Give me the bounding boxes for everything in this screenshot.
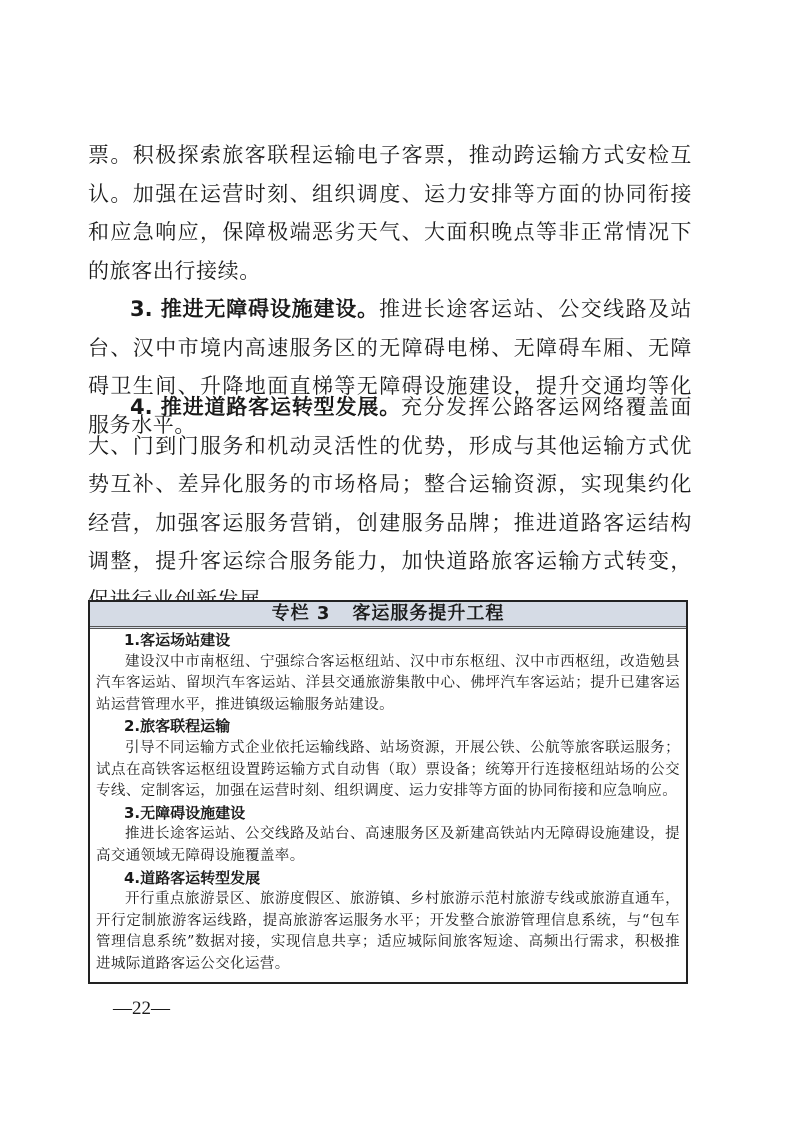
section-text: 推进长途客运站、公交线路及站台、高速服务区及新建高铁站内无障碍设施建设，提高交通…: [96, 824, 680, 867]
section-title: 2.旅客联程运输: [96, 716, 680, 738]
section-text: 引导不同运输方式企业依托运输线路、站场资源，开展公铁、公航等旅客联运服务；试点在…: [96, 738, 680, 803]
paragraph-heading: 3. 推进无障碍设施建设。: [130, 297, 379, 321]
paragraph-text: 票。积极探索旅客联程运输电子客票，推动跨运输方式安检互认。加强在运营时刻、组织调…: [88, 143, 692, 283]
column-box-title: 客运服务提升工程: [352, 603, 504, 624]
section-intermodal-transport: 2.旅客联程运输 引导不同运输方式企业依托运输线路、站场资源，开展公铁、公航等旅…: [96, 716, 680, 802]
paragraph-heading: 4. 推进道路客运转型发展。: [130, 395, 401, 419]
column-box-body: 1.客运场站建设 建设汉中市南枢纽、宁强综合客运枢纽站、汉中市东枢纽、汉中市西枢…: [90, 629, 686, 976]
section-text: 建设汉中市南枢纽、宁强综合客运枢纽站、汉中市东枢纽、汉中市西枢纽，改造勉县汽车客…: [96, 652, 680, 717]
page-number: —22—: [113, 998, 170, 1020]
section-title: 1.客运场站建设: [96, 630, 680, 652]
column-box: 专栏 3客运服务提升工程 1.客运场站建设 建设汉中市南枢纽、宁强综合客运枢纽站…: [88, 600, 688, 984]
paragraph-text: 充分发挥公路客运网络覆盖面大、门到门服务和机动灵活性的优势，形成与其他运输方式优…: [88, 395, 692, 612]
section-title: 4.道路客运转型发展: [96, 868, 680, 890]
paragraph-continuation: 票。积极探索旅客联程运输电子客票，推动跨运输方式安检互认。加强在运营时刻、组织调…: [88, 136, 692, 290]
paragraph-road-transport: 4. 推进道路客运转型发展。充分发挥公路客运网络覆盖面大、门到门服务和机动灵活性…: [88, 388, 692, 620]
section-station-construction: 1.客运场站建设 建设汉中市南枢纽、宁强综合客运枢纽站、汉中市东枢纽、汉中市西枢…: [96, 630, 680, 716]
section-text: 开行重点旅游景区、旅游度假区、旅游镇、乡村旅游示范村旅游专线或旅游直通车，开行定…: [96, 889, 680, 975]
section-title: 3.无障碍设施建设: [96, 803, 680, 825]
document-page: 票。积极探索旅客联程运输电子客票，推动跨运输方式安检互认。加强在运营时刻、组织调…: [0, 0, 793, 1122]
column-box-header: 专栏 3客运服务提升工程: [90, 602, 686, 629]
section-road-transformation: 4.道路客运转型发展 开行重点旅游景区、旅游度假区、旅游镇、乡村旅游示范村旅游专…: [96, 868, 680, 976]
column-box-label: 专栏 3: [272, 603, 331, 624]
section-barrier-free: 3.无障碍设施建设 推进长途客运站、公交线路及站台、高速服务区及新建高铁站内无障…: [96, 803, 680, 868]
